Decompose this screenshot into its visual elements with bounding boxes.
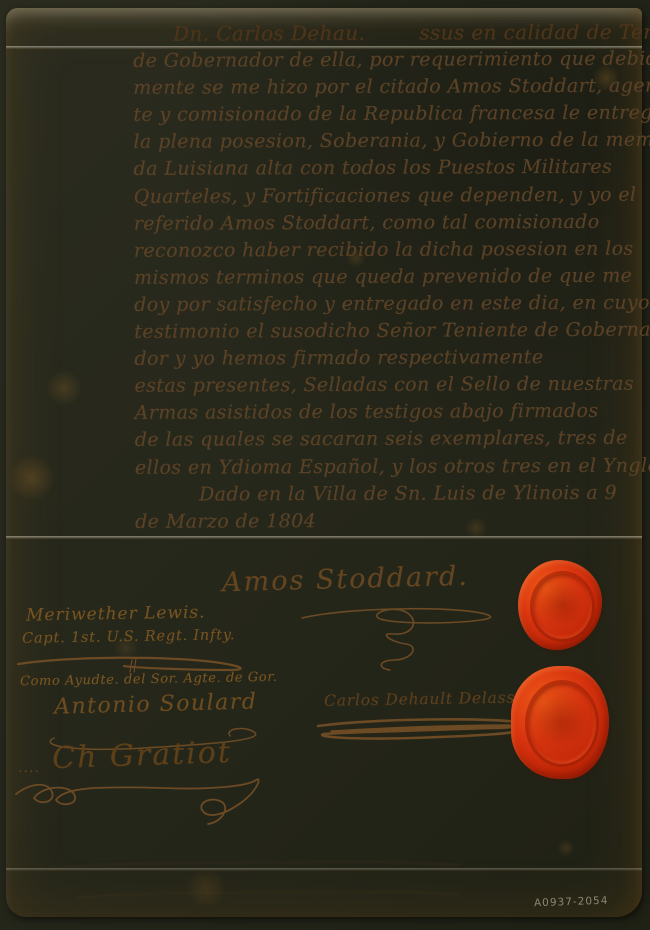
- signature-flourish-gratiot: [12, 772, 267, 830]
- manuscript-page: Dn. Carlos Dehau. ssus en calidad de Ten…: [6, 8, 642, 917]
- text-line: referido Amos Stoddart, como tal comisio…: [6, 208, 642, 238]
- dateline: Dado en la Villa de Sn. Luis de Ylinois …: [7, 479, 643, 509]
- signature-carlos-delassus: Carlos Dehault Delassus: [324, 688, 535, 710]
- signature-flourish-stoddard: [294, 602, 504, 674]
- catalog-number-pencil: A0937-2054: [534, 895, 609, 910]
- text-line: testimonio el susodicho Señor Teniente d…: [6, 317, 642, 347]
- text-line: la plena posesion, Soberania, y Gobierno…: [5, 127, 641, 157]
- text-line: Armas asistidos de los testigos abajo fi…: [7, 398, 643, 428]
- text-line: de Gobernador de ella, por requerimiento…: [5, 46, 641, 76]
- text-line: estas presentes, Selladas con el Sello d…: [6, 371, 642, 401]
- text-line: doy por satisfecho y entregado en este d…: [6, 290, 642, 320]
- ink-bleedthrough: [36, 850, 466, 920]
- text-line: da Luisiana alta con todos los Puestos M…: [5, 154, 641, 184]
- signature-gratiot-dots: ....: [18, 760, 40, 776]
- text-line: ellos en Ydioma Español, y los otros tre…: [7, 452, 643, 482]
- signature-soulard-title: Como Ayudte. del Sor. Agte. de Gor.: [20, 670, 278, 689]
- text-line: te y comisionado de la Republica frances…: [5, 100, 641, 130]
- signature-flourish-delassus: [312, 712, 527, 750]
- text-line: mismos terminos que queda prevenido de q…: [6, 262, 642, 292]
- body-text: Dn. Carlos Dehau. ssus en calidad de Ten…: [5, 19, 643, 537]
- fold-crease-middle: [6, 536, 642, 539]
- red-wax-seal-upper: [518, 560, 602, 650]
- wax-blob: [511, 666, 609, 779]
- seal-impression: [525, 680, 600, 767]
- red-wax-seal-lower: [511, 666, 609, 779]
- signature-meriwether-lewis: Meriwether Lewis.: [26, 602, 206, 625]
- text-line: de las quales se sacaran seis exemplares…: [7, 425, 643, 455]
- fold-crease-bottom: [6, 868, 642, 871]
- signature-lewis-title: Capt. 1st. U.S. Regt. Infty.: [22, 627, 236, 647]
- signature-amos-stoddard: Amos Stoddard.: [222, 561, 470, 598]
- signature-ch-gratiot: Ch Gratiot: [51, 735, 232, 776]
- text-line: Quarteles, y Fortificaciones que depende…: [6, 181, 642, 211]
- text-line: Dn. Carlos Dehau. ssus en calidad de Ten…: [5, 19, 641, 49]
- text-line: dor y yo hemos firmado respectivamente: [6, 344, 642, 374]
- seal-impression: [530, 571, 595, 642]
- wax-blob: [518, 560, 602, 650]
- text-line: reconozco haber recibido la dicha posesi…: [6, 235, 642, 265]
- scanned-document-mat: Dn. Carlos Dehau. ssus en calidad de Ten…: [0, 0, 650, 930]
- dateline-year: de Marzo de 1804: [7, 506, 643, 536]
- signature-antonio-soulard: Antonio Soulard: [54, 689, 258, 719]
- text-line: mente se me hizo por el citado Amos Stod…: [5, 73, 641, 103]
